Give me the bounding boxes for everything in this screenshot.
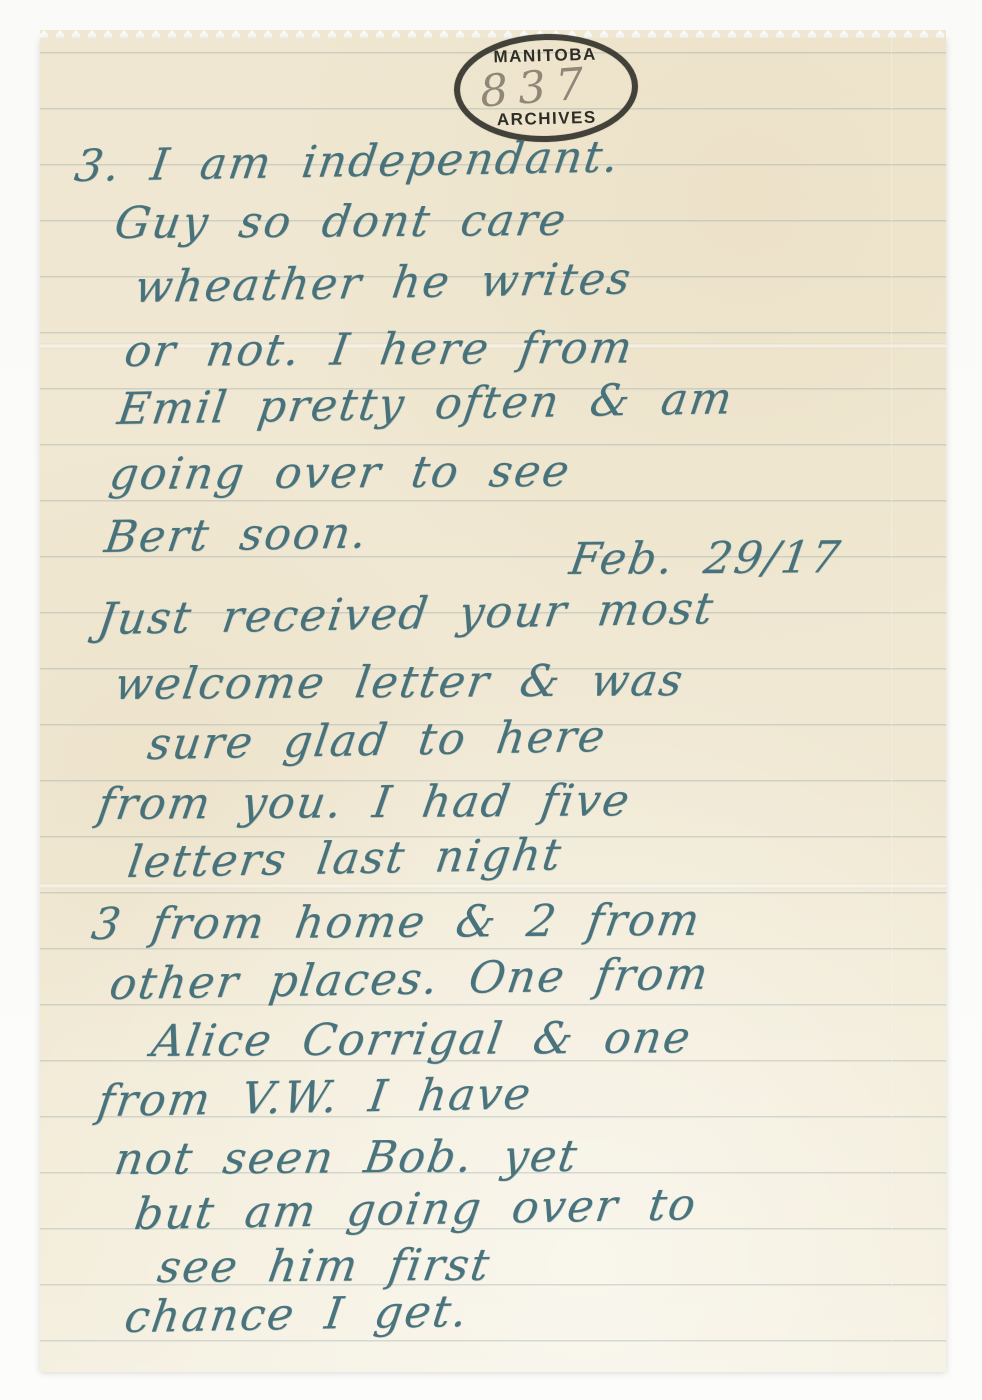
handwritten-line: welcome letter & was [112, 659, 687, 707]
scan-background: MANITOBA 837 ARCHIVES 3. I am independan… [0, 0, 982, 1400]
ruled-lines [40, 52, 946, 1372]
handwritten-line: other places. One from [107, 952, 712, 1007]
handwritten-line: see him first [155, 1244, 494, 1290]
handwritten-line: going over to see [107, 450, 574, 497]
stamp-text-archives: ARCHIVES [455, 107, 639, 132]
archives-stamp: MANITOBA 837 ARCHIVES [453, 32, 640, 145]
handwritten-line: from you. I had five [95, 779, 634, 827]
fold-crease-upper [40, 343, 946, 349]
fold-crease-lower [40, 883, 946, 889]
fold-crease-vertical [890, 38, 893, 1372]
letter-paper: MANITOBA 837 ARCHIVES 3. I am independan… [40, 38, 946, 1372]
date-line: Feb. 29/17 [567, 536, 845, 582]
handwritten-line: Alice Corrigal & one [149, 1016, 695, 1064]
handwritten-line: from V.W. I have [95, 1072, 535, 1124]
handwritten-line: 3 from home & 2 from [89, 899, 704, 947]
handwritten-line: not seen Bob. yet [112, 1135, 582, 1182]
handwritten-line: wheather he writes [132, 257, 635, 310]
handwritten-line: Guy so dont care [112, 199, 571, 246]
handwritten-line: Bert soon. [102, 511, 371, 560]
handwritten-line: 3. I am independant. [72, 135, 623, 189]
handwritten-line: Just received your most [95, 587, 717, 642]
handwritten-line: sure glad to here [145, 715, 609, 767]
handwritten-line: Emil pretty often & am [115, 377, 736, 432]
handwritten-line: chance I get. [122, 1290, 472, 1340]
handwritten-line: or not. I here from [122, 326, 637, 374]
handwritten-line: but am going over to [132, 1183, 700, 1237]
handwritten-line: letters last night [125, 833, 565, 885]
